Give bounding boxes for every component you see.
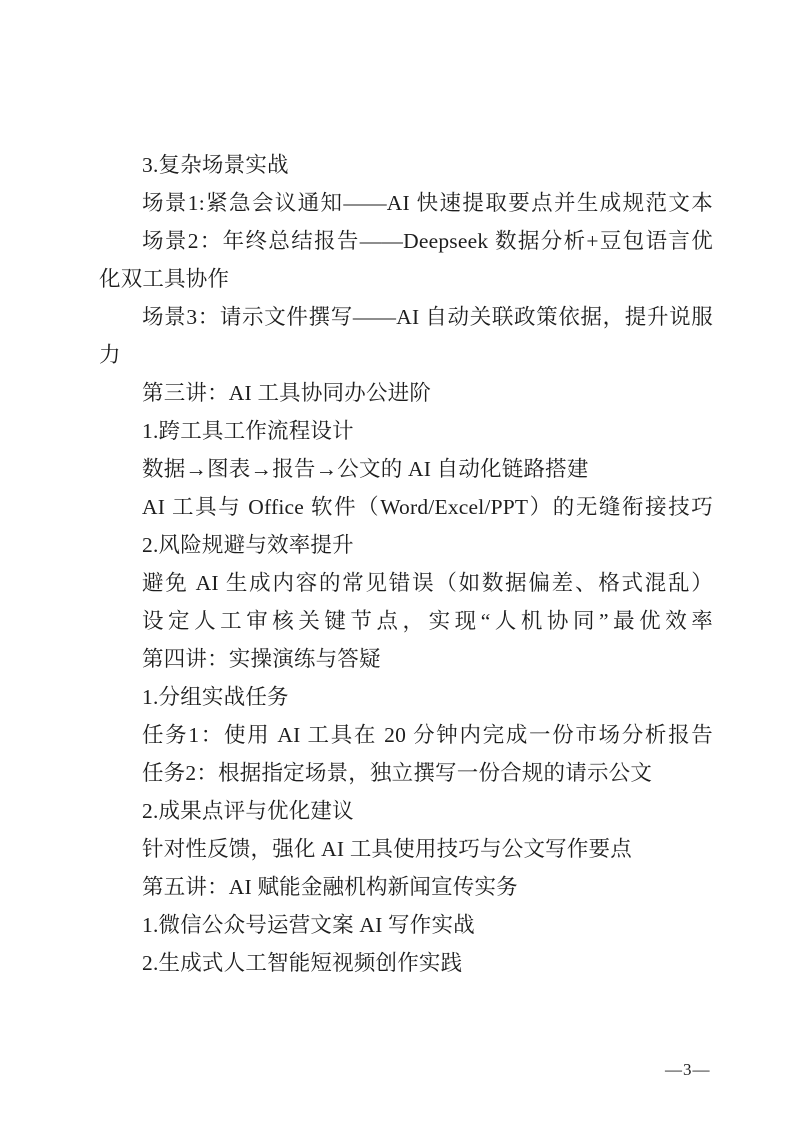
text-line: 场景3：请示文件撰写——AI 自动关联政策依据，提升说服 (99, 298, 713, 336)
text-line: 任务2：根据指定场景，独立撰写一份合规的请示公文 (99, 754, 713, 792)
text-line: 1.分组实战任务 (99, 678, 713, 716)
text-line: 数据→图表→报告→公文的 AI 自动化链路搭建 (99, 450, 713, 488)
page-number: —3— (665, 1056, 711, 1084)
text-line: 避免 AI 生成内容的常见错误（如数据偏差、格式混乱） (99, 564, 713, 602)
text-line: 第四讲：实操演练与答疑 (99, 640, 713, 678)
text-line: 力 (99, 336, 713, 374)
text-line: 场景1:紧急会议通知——AI 快速提取要点并生成规范文本 (99, 184, 713, 222)
text-line: 化双工具协作 (99, 260, 713, 298)
text-line: 2.风险规避与效率提升 (99, 526, 713, 564)
text-line: 2.生成式人工智能短视频创作实践 (99, 944, 713, 982)
text-line: 场景2：年终总结报告——Deepseek 数据分析+豆包语言优 (99, 222, 713, 260)
text-line: AI 工具与 Office 软件（Word/Excel/PPT）的无缝衔接技巧 (99, 488, 713, 526)
text-line: 2.成果点评与优化建议 (99, 792, 713, 830)
text-line: 任务1：使用 AI 工具在 20 分钟内完成一份市场分析报告 (99, 716, 713, 754)
text-line: 1.微信公众号运营文案 AI 写作实战 (99, 906, 713, 944)
document-body: 3.复杂场景实战场景1:紧急会议通知——AI 快速提取要点并生成规范文本场景2：… (99, 146, 713, 982)
text-line: 第三讲：AI 工具协同办公进阶 (99, 374, 713, 412)
document-page: 3.复杂场景实战场景1:紧急会议通知——AI 快速提取要点并生成规范文本场景2：… (0, 0, 810, 1146)
text-line: 第五讲：AI 赋能金融机构新闻宣传实务 (99, 868, 713, 906)
text-line: 3.复杂场景实战 (99, 146, 713, 184)
text-line: 1.跨工具工作流程设计 (99, 412, 713, 450)
text-line: 设定人工审核关键节点，实现“人机协同”最优效率 (99, 602, 713, 640)
text-line: 针对性反馈，强化 AI 工具使用技巧与公文写作要点 (99, 830, 713, 868)
